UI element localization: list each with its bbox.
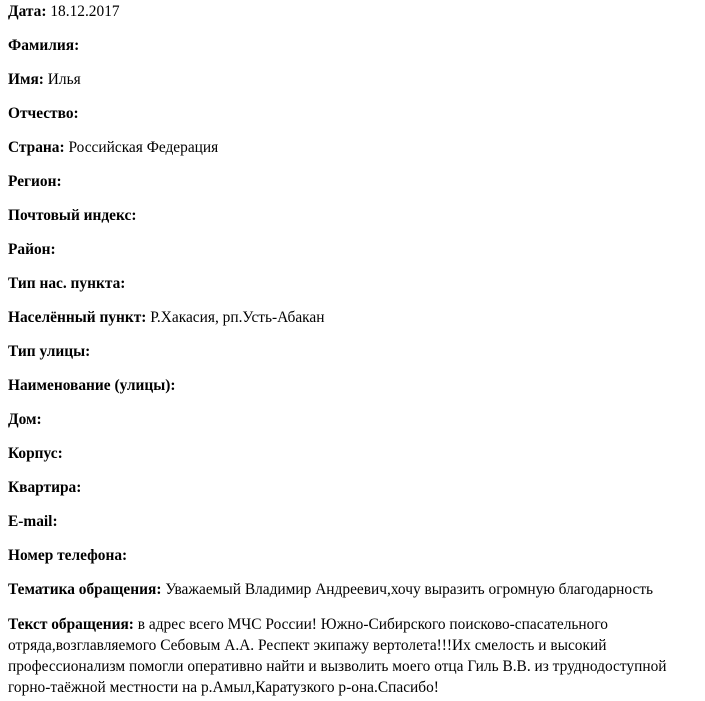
field-label: Дата:: [8, 3, 46, 20]
field-value: 18.12.2017: [50, 3, 119, 20]
field-label: Регион:: [8, 173, 62, 190]
field-label: Район:: [8, 241, 56, 258]
field-label: Имя:: [8, 71, 44, 88]
field-value: Российская Федерация: [68, 139, 218, 156]
field-region: Регион:: [8, 172, 697, 191]
field-street-type: Тип улицы:: [8, 342, 697, 361]
field-appeal-text: Текст обращения: в адрес всего МЧС Росси…: [8, 614, 697, 698]
field-first-name: Имя: Илья: [8, 70, 697, 89]
field-label: Тип нас. пункта:: [8, 275, 125, 292]
field-country: Страна: Российская Федерация: [8, 138, 697, 157]
field-label: Наименование (улицы):: [8, 377, 176, 394]
field-value: Илья: [48, 71, 81, 88]
field-label: Отчество:: [8, 105, 79, 122]
field-building: Корпус:: [8, 444, 697, 463]
field-label: Номер телефона:: [8, 547, 127, 564]
field-label: Текст обращения:: [8, 616, 134, 633]
field-settlement-type: Тип нас. пункта:: [8, 274, 697, 293]
field-house: Дом:: [8, 410, 697, 429]
field-label: Населённый пункт:: [8, 309, 146, 326]
field-label: Страна:: [8, 139, 65, 156]
field-label: E-mail:: [8, 513, 58, 530]
field-label: Тематика обращения:: [8, 581, 161, 598]
field-apartment: Квартира:: [8, 478, 697, 497]
field-label: Почтовый индекс:: [8, 207, 136, 224]
field-value: Уважаемый Владимир Андреевич,хочу вырази…: [165, 581, 653, 598]
field-last-name: Фамилия:: [8, 36, 697, 55]
field-label: Корпус:: [8, 445, 63, 462]
field-postal-code: Почтовый индекс:: [8, 206, 697, 225]
field-label: Фамилия:: [8, 37, 79, 54]
field-label: Тип улицы:: [8, 343, 90, 360]
field-email: E-mail:: [8, 512, 697, 531]
field-subject: Тематика обращения: Уважаемый Владимир А…: [8, 580, 697, 599]
field-district: Район:: [8, 240, 697, 259]
field-date: Дата: 18.12.2017: [8, 2, 697, 21]
field-label: Дом:: [8, 411, 42, 428]
appeal-document: Дата: 18.12.2017 Фамилия: Имя: Илья Отче…: [0, 0, 705, 698]
field-phone: Номер телефона:: [8, 546, 697, 565]
field-value: Р.Хакасия, рп.Усть-Абакан: [150, 309, 324, 326]
field-street-name: Наименование (улицы):: [8, 376, 697, 395]
field-settlement: Населённый пункт: Р.Хакасия, рп.Усть-Аба…: [8, 308, 697, 327]
field-label: Квартира:: [8, 479, 81, 496]
field-patronymic: Отчество:: [8, 104, 697, 123]
